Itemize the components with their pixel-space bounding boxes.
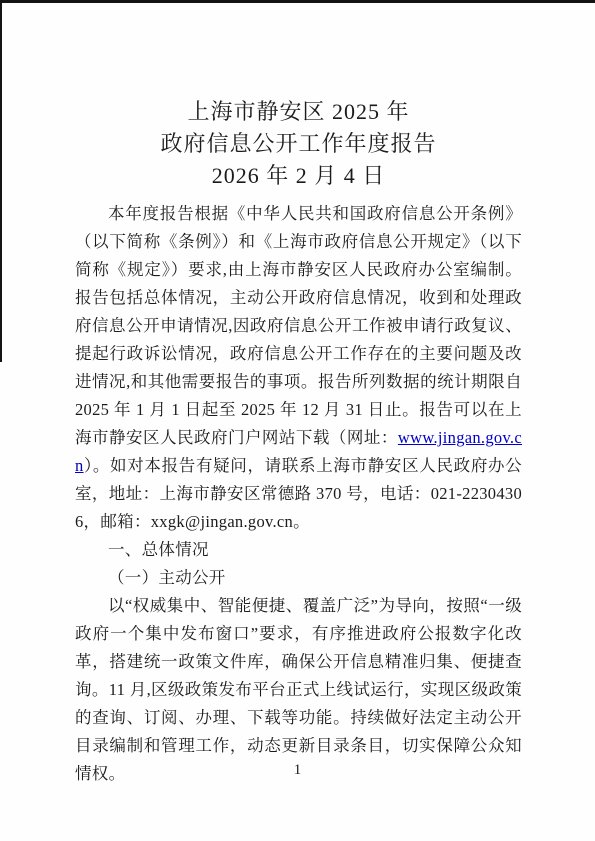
subsection-heading-proactive-disclosure: （一）主动公开 [75, 564, 522, 592]
title-line-1: 上海市静安区 2025 年 [75, 96, 522, 128]
intro-text-after-link: ）。如对本报告有疑问，请联系上海市静安区人民政府办公室，地址：上海市静安区常德路… [75, 456, 522, 531]
title-line-3: 2026 年 2 月 4 日 [75, 160, 522, 192]
document-content: 上海市静安区 2025 年 政府信息公开工作年度报告 2026 年 2 月 4 … [75, 96, 522, 788]
title-line-2: 政府信息公开工作年度报告 [75, 128, 522, 160]
page-left-border-line [0, 0, 2, 362]
intro-text-before-link: 本年度报告根据《中华人民共和国政府信息公开条例》（以下简称《条例》）和《上海市政… [75, 204, 522, 447]
document-title: 上海市静安区 2025 年 政府信息公开工作年度报告 2026 年 2 月 4 … [75, 96, 522, 192]
section-heading-overall-situation: 一、总体情况 [75, 536, 522, 564]
intro-paragraph: 本年度报告根据《中华人民共和国政府信息公开条例》（以下简称《条例》）和《上海市政… [75, 200, 522, 536]
proactive-disclosure-paragraph: 以“权威集中、智能便捷、覆盖广泛”为导向，按照“一级政府一个集中发布窗口”要求，… [75, 592, 522, 788]
page-top-border-line [0, 0, 595, 3]
page-number: 1 [0, 762, 595, 779]
document-page: 上海市静安区 2025 年 政府信息公开工作年度报告 2026 年 2 月 4 … [0, 0, 595, 841]
